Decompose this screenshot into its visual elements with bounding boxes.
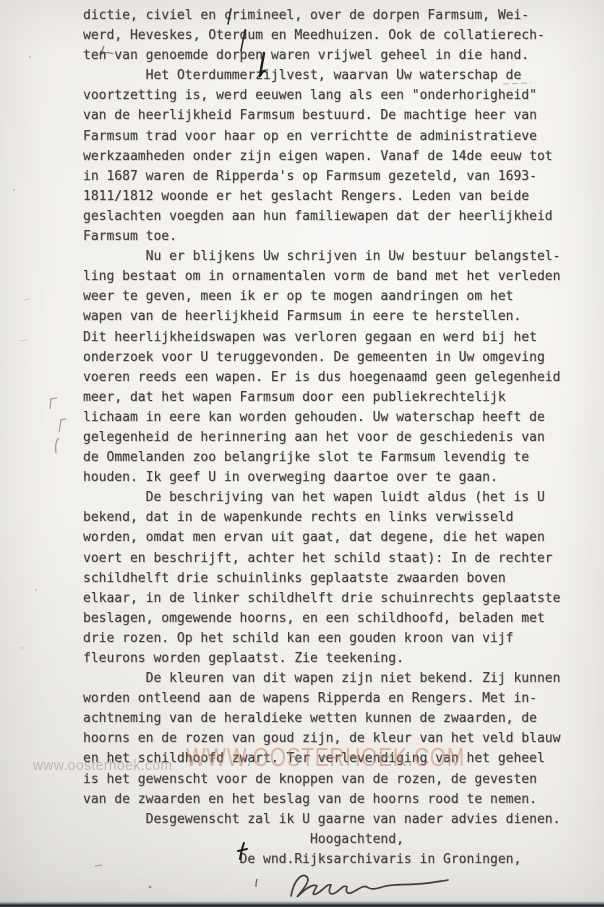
scanned-letter-page: dictie, civiel en crimineel, over de dor… [0, 0, 604, 907]
ink-annotation-marks [0, 0, 604, 907]
scan-bottom-edge [0, 901, 604, 907]
